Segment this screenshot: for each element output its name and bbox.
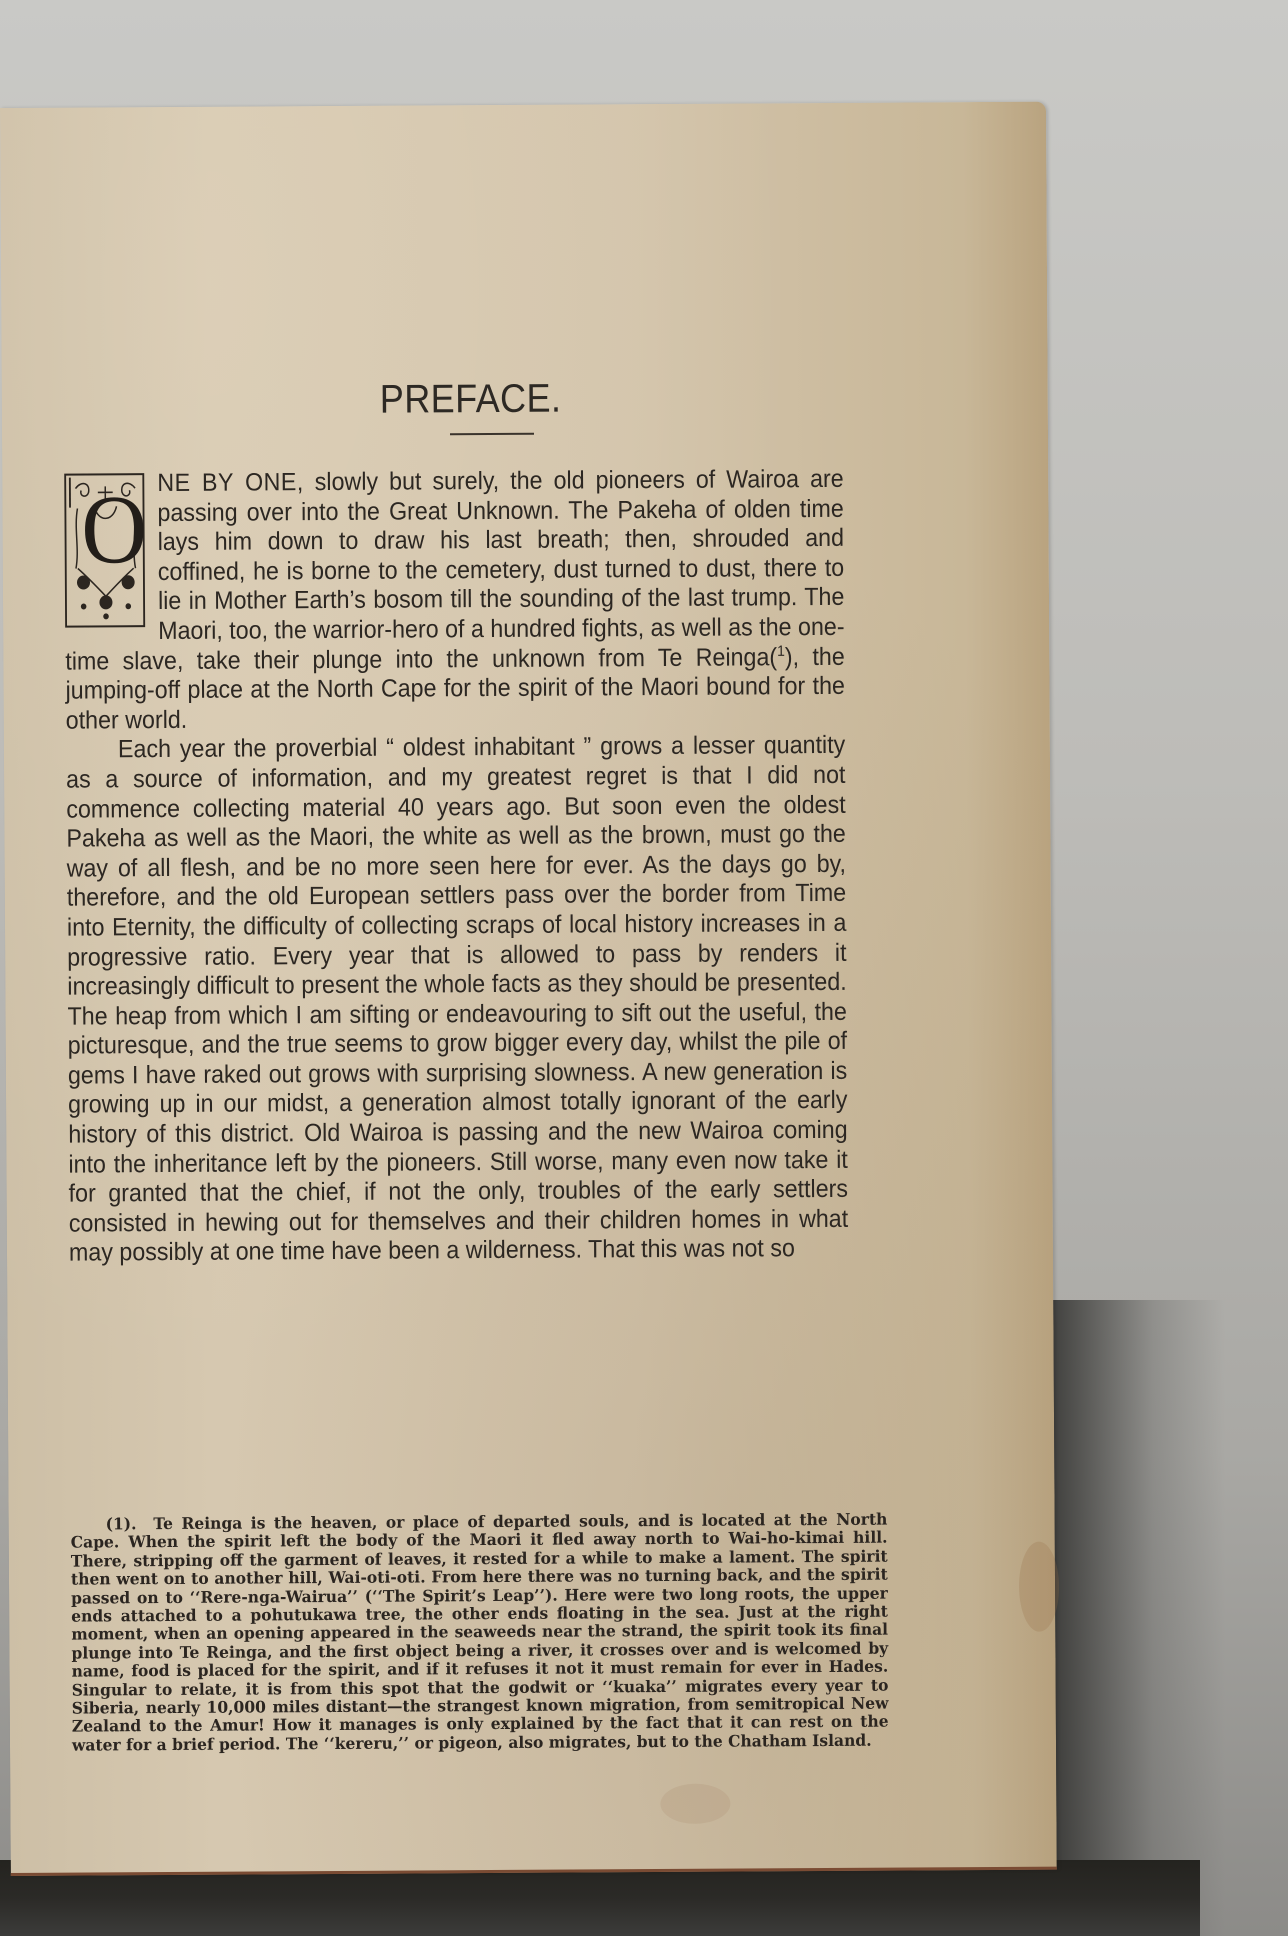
- footnote-marker: (1).: [106, 1514, 137, 1533]
- floral-ornament-icon: [70, 478, 71, 507]
- drop-cap-ornament: O: [64, 473, 145, 627]
- footnote-text: Te Reinga is the heaven, or place of dep…: [71, 1510, 889, 1755]
- paper-stain: [1019, 1542, 1060, 1632]
- paper-stain: [660, 1784, 730, 1824]
- footnote: (1). Te Reinga is the heaven, or place o…: [71, 1511, 889, 1755]
- paragraph-1: O NE BY ONE, slowly but surely, the old …: [64, 465, 845, 736]
- paragraph-1-lead: NE BY ONE,: [157, 468, 304, 497]
- body-text: O NE BY ONE, slowly but surely, the old …: [64, 465, 848, 1269]
- page-title: PREFACE.: [380, 376, 562, 422]
- page-shadow-right: [1045, 1300, 1225, 1936]
- paragraph-2: Each year the proverbial “ oldest inhabi…: [66, 731, 849, 1268]
- title-divider: [450, 433, 534, 436]
- footnote-reference[interactable]: (1): [769, 643, 792, 671]
- book-page: PREFACE.: [0, 102, 1057, 1876]
